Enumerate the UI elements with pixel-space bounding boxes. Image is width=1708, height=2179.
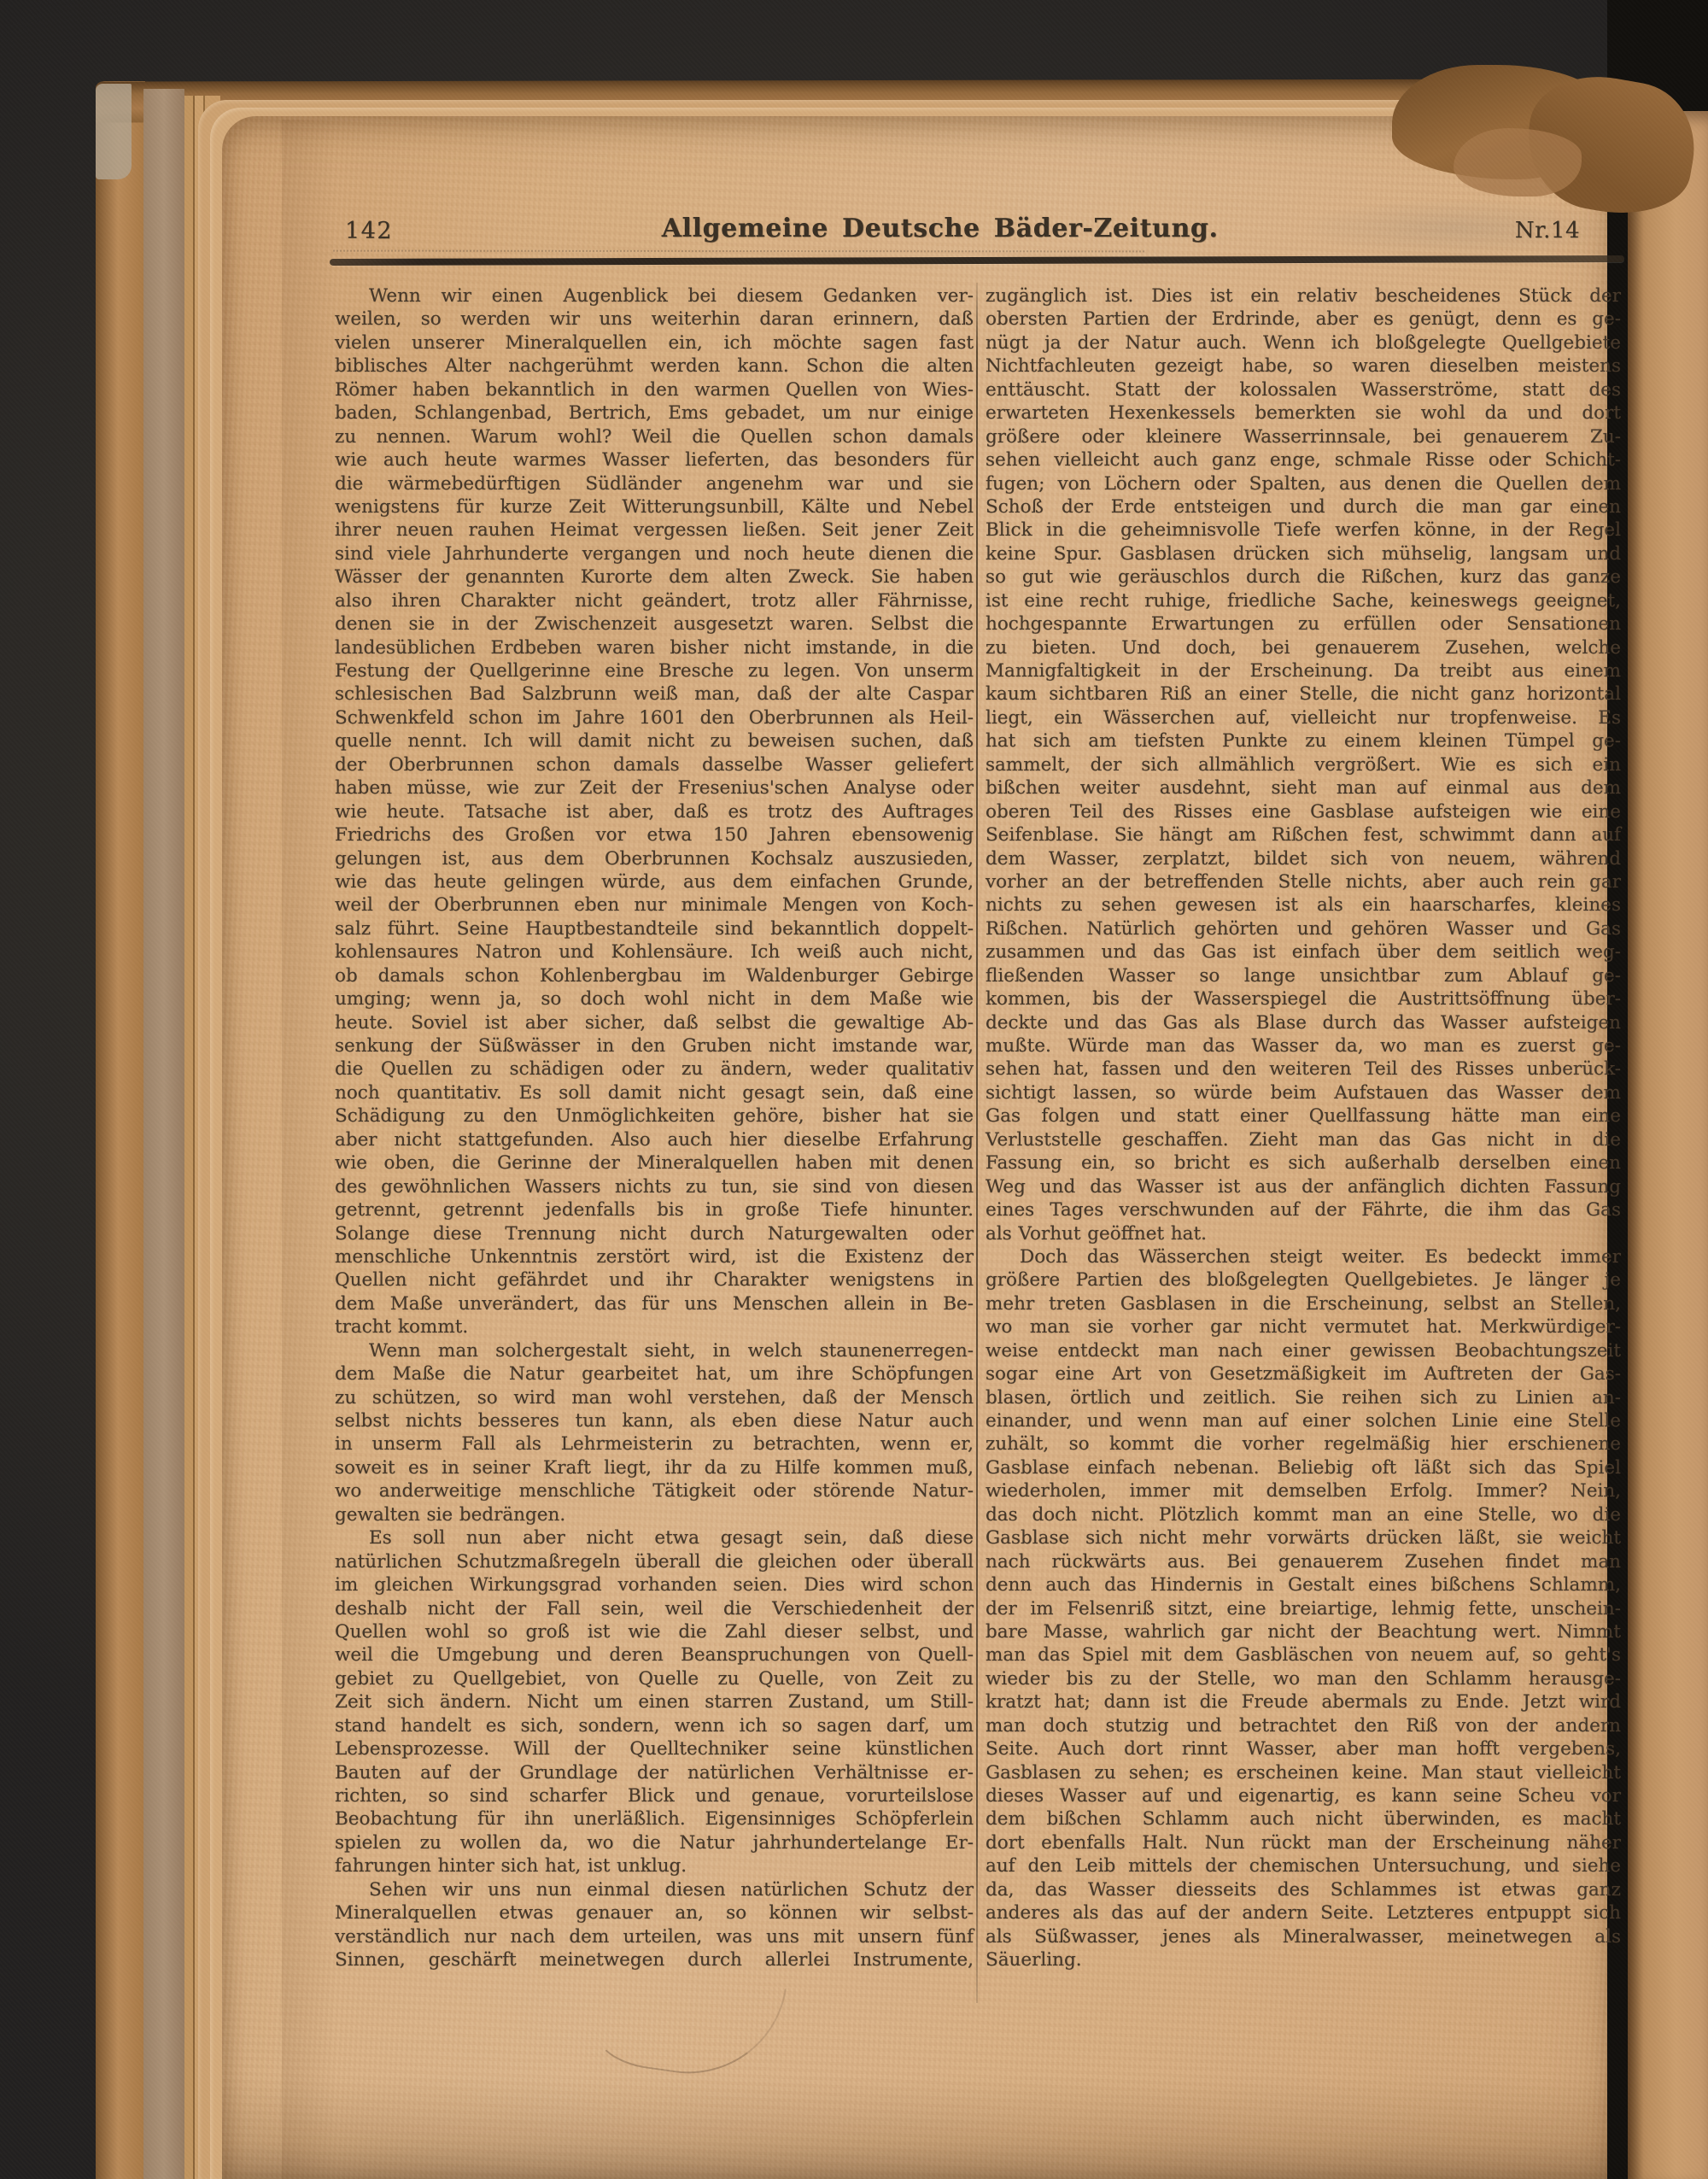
text-line: stand handelt es sich, sondern, wenn ich…: [335, 1714, 974, 1737]
text-line: zu nennen. Warum wohl? Weil die Quellen …: [335, 425, 974, 448]
text-line: Quellen nicht gefährdet und ihr Charakte…: [335, 1268, 974, 1292]
text-line: Festung der Quellgerinne eine Bresche zu…: [335, 659, 974, 682]
text-line: salz führt. Seine Hauptbestandteile sind…: [335, 917, 974, 940]
text-line: liegt, ein Wässerchen auf, vielleicht nu…: [986, 706, 1621, 729]
text-line: bare Masse, wahrlich gar nicht der Beach…: [986, 1620, 1621, 1643]
text-line: auf den Leib mittels der chemischen Unte…: [986, 1854, 1621, 1877]
text-line: enttäuscht. Statt der kolossalen Wassers…: [986, 378, 1621, 401]
text-line: wo anderweitige menschliche Tätigkeit od…: [335, 1479, 974, 1502]
text-line: menschliche Unkenntnis zerstört wird, is…: [335, 1245, 974, 1268]
text-line: hochgespannte Erwartungen zu erfüllen od…: [986, 612, 1621, 636]
text-line: gebiet zu Quellgebiet, von Quelle zu Que…: [335, 1667, 974, 1690]
text-line: hat sich am tiefsten Punkte zu einem kle…: [986, 729, 1621, 753]
text-line: fugen; von Löchern oder Spalten, aus den…: [986, 472, 1621, 495]
page-stack-shadow-edge: [143, 89, 184, 2179]
text-line: selbst nichts besseres tun kann, als ebe…: [335, 1409, 974, 1432]
text-line: dem Wasser, zerplatzt, bildet sich von n…: [986, 847, 1621, 870]
text-line: Gasblase einfach nebenan. Beliebig oft l…: [986, 1456, 1621, 1479]
text-line: sichtigt lassen, so würde beim Aufstauen…: [986, 1081, 1621, 1104]
text-line: des gewöhnlichen Wassers nichts zu tun, …: [335, 1175, 974, 1198]
damaged-corner-chip: [96, 84, 132, 179]
text-line: dem bißchen Schlamm auch nicht überwinde…: [986, 1807, 1621, 1830]
text-line: Mannigfaltigkeit in der Erscheinung. Da …: [986, 659, 1621, 682]
text-line: dem Maße die Natur gearbeitet hat, um ih…: [335, 1362, 974, 1385]
text-line: weil die Umgebung und deren Beanspruchun…: [335, 1643, 974, 1666]
text-line: vielen unserer Mineralquellen ein, ich m…: [335, 331, 974, 354]
text-line: Weg und das Wasser ist aus der anfänglic…: [986, 1175, 1621, 1198]
text-line: Schädigung zu den Unmöglichkeiten gehöre…: [335, 1104, 974, 1128]
text-line: natürlichen Schutzmaßregeln überall die …: [335, 1550, 974, 1573]
text-line: Blick in die geheimnisvolle Tiefe werfen…: [986, 518, 1621, 542]
text-line: als Süßwasser, jenes als Mineralwasser, …: [986, 1925, 1621, 1948]
text-line: zuhält, so kommt die vorher regelmäßig h…: [986, 1432, 1621, 1456]
text-line: obersten Partien der Erdrinde, aber es g…: [986, 308, 1621, 331]
masthead: 142 Allgemeine Deutsche Bäder-Zeitung. N…: [333, 214, 1624, 253]
text-line: sind viele Jahrhunderte vergangen und no…: [335, 542, 974, 565]
text-line: nügt ja der Natur auch. Wenn ich bloßgel…: [986, 331, 1621, 354]
text-line: einander, und wenn man auf einer solchen…: [986, 1409, 1621, 1432]
text-line: denen sie in der Zwischenzeit ausgesetzt…: [335, 612, 974, 636]
text-line: Gas folgen und statt einer Quellfassung …: [986, 1104, 1621, 1128]
text-line: baden, Schlangenbad, Bertrich, Ems gebad…: [335, 401, 974, 425]
text-line: blasen, örtlich und zeitlich. Sie reihen…: [986, 1386, 1621, 1409]
text-line: wie auch heute warmes Wasser lieferten, …: [335, 448, 974, 472]
text-line: das doch nicht. Plötzlich kommt man an e…: [986, 1503, 1621, 1526]
text-line: wieder bis zu der Stelle, wo man den Sch…: [986, 1667, 1621, 1690]
text-line: mehr treten Gasblasen in die Erscheinung…: [986, 1292, 1621, 1315]
text-line: spielen zu wollen da, wo die Natur jahrh…: [335, 1831, 974, 1854]
text-line: gewalten sie bedrängen.: [335, 1503, 974, 1526]
text-line: sammelt, der sich allmählich vergrößert.…: [986, 753, 1621, 776]
text-line: sogar eine Art von Gesetzmäßigkeit im Au…: [986, 1362, 1621, 1385]
text-line: Quellen wohl so groß ist wie die Zahl di…: [335, 1620, 974, 1643]
text-line: keine Spur. Gasblasen drücken sich mühse…: [986, 542, 1621, 565]
text-line: Schoß der Erde entsteigen und durch die …: [986, 495, 1621, 518]
text-line: wie heute. Tatsache ist aber, daß es tro…: [335, 800, 974, 823]
text-line: Wässer der genannten Kurorte dem alten Z…: [335, 565, 974, 589]
text-line: Seifenblase. Sie hängt am Rißchen fest, …: [986, 823, 1621, 846]
issue-number: Nr.14: [1515, 218, 1580, 243]
page-number: 142: [345, 218, 393, 244]
text-line: tracht kommt.: [335, 1315, 974, 1338]
text-line: vorher an der betreffenden Stelle nichts…: [986, 870, 1621, 893]
text-line: Römer haben bekanntlich in den warmen Qu…: [335, 378, 974, 401]
text-line: kommen, bis der Wasserspiegel die Austri…: [986, 987, 1621, 1010]
text-line: der Oberbrunnen schon damals dasselbe Wa…: [335, 753, 974, 776]
text-line: oberen Teil des Risses eine Gasblase auf…: [986, 800, 1621, 823]
text-line: deshalb nicht der Fall sein, weil die Ve…: [335, 1597, 974, 1620]
text-line: biblisches Alter nachgerühmt werden kann…: [335, 354, 974, 378]
text-line: wie das heute gelingen würde, aus dem ei…: [335, 870, 974, 893]
text-line: richten, so sind scharfer Blick und gena…: [335, 1784, 974, 1807]
text-line: wo man sie vorher gar nicht vermutet hat…: [986, 1315, 1621, 1338]
text-line: im gleichen Wirkungsgrad vorhanden seien…: [335, 1573, 974, 1596]
text-line: haben müsse, wie zur Zeit der Fresenius'…: [335, 776, 974, 800]
text-line: Rißchen. Natürlich gehörten und gehören …: [986, 917, 1621, 940]
text-line: mußte. Würde man das Wasser da, wo man e…: [986, 1034, 1621, 1057]
text-line: kratzt hat; dann ist die Freude abermals…: [986, 1690, 1621, 1713]
text-line: dort ebenfalls Halt. Nun rückt man der E…: [986, 1831, 1621, 1854]
article-column-left: Wenn wir einen Augenblick bei diesem Ged…: [335, 284, 974, 1972]
text-line: Sinnen, geschärft meinetwegen durch alle…: [335, 1948, 974, 1971]
text-line: Doch das Wässerchen steigt weiter. Es be…: [986, 1245, 1621, 1268]
text-line: heute. Soviel ist aber sicher, daß selbs…: [335, 1011, 974, 1034]
text-line: anderes als das auf der andern Seite. Le…: [986, 1901, 1621, 1924]
text-line: da, das Wasser diesseits des Schlammes i…: [986, 1878, 1621, 1901]
text-line: denn auch das Hindernis in Gestalt eines…: [986, 1573, 1621, 1596]
text-line: senkung der Süßwässer in den Gruben nich…: [335, 1034, 974, 1057]
text-line: deckte und das Gas als Blase durch das W…: [986, 1011, 1621, 1034]
text-line: landesüblichen Erdbeben waren bisher nic…: [335, 636, 974, 659]
text-line: schlesischen Bad Salzbrunn weiß man, daß…: [335, 682, 974, 706]
text-line: zu bieten. Und doch, bei genauerem Zuseh…: [986, 636, 1621, 659]
text-line: Zeit sich ändern. Nicht um einen starren…: [335, 1690, 974, 1713]
text-line: umging; wenn ja, so doch wohl nicht in d…: [335, 987, 974, 1010]
text-line: die Quellen zu schädigen oder zu ändern,…: [335, 1057, 974, 1081]
text-line: Friedrichs des Großen vor etwa 150 Jahre…: [335, 823, 974, 846]
text-line: weilen, so werden wir uns weiterhin dara…: [335, 308, 974, 331]
book-left-edge: [96, 81, 145, 2179]
text-line: Nichtfachleuten gezeigt habe, so waren d…: [986, 354, 1621, 378]
text-line: zusammen und das Gas ist einfach über de…: [986, 940, 1621, 964]
text-line: eines Tages verschwunden auf der Fährte,…: [986, 1198, 1621, 1221]
text-line: Mineralquellen etwas genauer an, so könn…: [335, 1901, 974, 1924]
text-line: dieses Wasser auf und eigenartig, es kan…: [986, 1784, 1621, 1807]
text-line: ob damals schon Kohlenbergbau im Waldenb…: [335, 964, 974, 987]
text-line: Gasblasen zu sehen; es erscheinen keine.…: [986, 1761, 1621, 1784]
text-line: wenigstens für kurze Zeit Witterungsunbi…: [335, 495, 974, 518]
text-line: dem Maße unverändert, das für uns Mensch…: [335, 1292, 974, 1315]
text-line: nichts zu sehen gewesen ist als ein haar…: [986, 893, 1621, 917]
text-line: soweit es in seiner Kraft liegt, ihr da …: [335, 1456, 974, 1479]
text-line: die wärmebedürftigen Südländer angenehm …: [335, 472, 974, 495]
text-line: verständlich nur nach dem urteilen, was …: [335, 1925, 974, 1948]
text-line: Seite. Auch dort rinnt Wasser, aber man …: [986, 1737, 1621, 1760]
text-line: erwarteten Hexenkessels bemerkten sie wo…: [986, 401, 1621, 425]
text-line: bißchen weiter ausdehnt, sieht man auf e…: [986, 776, 1621, 800]
text-line: man doch stutzig und betrachtet den Riß …: [986, 1714, 1621, 1737]
text-line: Schwenkfeld schon im Jahre 1601 den Ober…: [335, 706, 974, 729]
text-line: ist eine recht ruhige, friedliche Sache,…: [986, 589, 1621, 612]
scanned-newspaper-page: 142 Allgemeine Deutsche Bäder-Zeitung. N…: [0, 0, 1708, 2179]
text-line: zugänglich ist. Dies ist ein relativ bes…: [986, 284, 1621, 308]
text-line: Solange diese Trennung nicht durch Natur…: [335, 1222, 974, 1245]
text-line: fließenden Wasser so lange unsichtbar zu…: [986, 964, 1621, 987]
text-line: Wenn man solchergestalt sieht, in welch …: [335, 1339, 974, 1362]
text-line: Es soll nun aber nicht etwa gesagt sein,…: [335, 1526, 974, 1549]
article-column-right: zugänglich ist. Dies ist ein relativ bes…: [986, 284, 1621, 1972]
text-line: Bauten auf der Grundlage der natürlichen…: [335, 1761, 974, 1784]
text-line: weise entdeckt man nach einer gewissen B…: [986, 1339, 1621, 1362]
text-line: noch quantitativ. Es soll damit nicht ge…: [335, 1081, 974, 1104]
text-line: so gut wie geräuschlos durch die Rißchen…: [986, 565, 1621, 589]
text-line: Lebensprozesse. Will der Quelltechniker …: [335, 1737, 974, 1760]
text-line: weil der Oberbrunnen eben nur minimale M…: [335, 893, 974, 917]
text-line: größere oder kleinere Wasserrinnsale, be…: [986, 425, 1621, 448]
text-line: in unserm Fall als Lehrmeisterin zu betr…: [335, 1432, 974, 1456]
text-line: Beobachtung für ihn unerläßlich. Eigensi…: [335, 1807, 974, 1830]
text-line: Gasblase sich nicht mehr vorwärts drücke…: [986, 1526, 1621, 1549]
text-line: Verluststelle geschaffen. Zieht man das …: [986, 1128, 1621, 1151]
text-line: ihrer neuen rauhen Heimat vergessen ließ…: [335, 518, 974, 542]
text-line: sehen vielleicht auch ganz enge, schmale…: [986, 448, 1621, 472]
text-line: gelungen ist, aus dem Oberbrunnen Kochsa…: [335, 847, 974, 870]
text-line: zu schützen, so wird man wohl verstehen,…: [335, 1386, 974, 1409]
text-line: Sehen wir uns nun einmal diesen natürlic…: [335, 1878, 974, 1901]
text-line: Wenn wir einen Augenblick bei diesem Ged…: [335, 284, 974, 308]
text-line: der im Felsenriß sitzt, eine breiartige,…: [986, 1597, 1621, 1620]
text-line: kohlensaures Natron und Kohlensäure. Ich…: [335, 940, 974, 964]
column-divider-rule: [976, 283, 978, 2003]
text-line: getrennt, getrennt jedenfalls bis in gro…: [335, 1198, 974, 1221]
adjacent-page-edge: [1628, 111, 1708, 2179]
text-line: fahrungen hinter sich hat, ist unklug.: [335, 1854, 974, 1877]
text-line: Fassung ein, so bricht es sich außerhalb…: [986, 1151, 1621, 1174]
text-line: also ihren Charakter nicht geändert, tro…: [335, 589, 974, 612]
text-line: man das Spiel mit dem Gasbläschen von ne…: [986, 1643, 1621, 1666]
text-line: wie oben, die Gerinne der Mineralquellen…: [335, 1151, 974, 1174]
text-line: aber nicht stattgefunden. Also auch hier…: [335, 1128, 974, 1151]
text-line: Säuerling.: [986, 1948, 1621, 1971]
text-line: sehen hat, fassen und den weiteren Teil …: [986, 1057, 1621, 1081]
text-line: kaum sichtbaren Riß an einer Stelle, die…: [986, 682, 1621, 706]
newspaper-title: Allgemeine Deutsche Bäder-Zeitung.: [662, 214, 1219, 243]
text-line: quelle nennt. Ich will damit nicht zu be…: [335, 729, 974, 753]
text-line: als Vorhut geöffnet hat.: [986, 1222, 1621, 1245]
text-line: wiederholen, immer mit demselben Erfolg.…: [986, 1479, 1621, 1502]
torn-paper-fragment: [1454, 128, 1582, 196]
text-line: größere Partien des bloßgelegten Quellge…: [986, 1268, 1621, 1292]
text-line: nach rückwärts aus. Bei genauerem Zusehe…: [986, 1550, 1621, 1573]
